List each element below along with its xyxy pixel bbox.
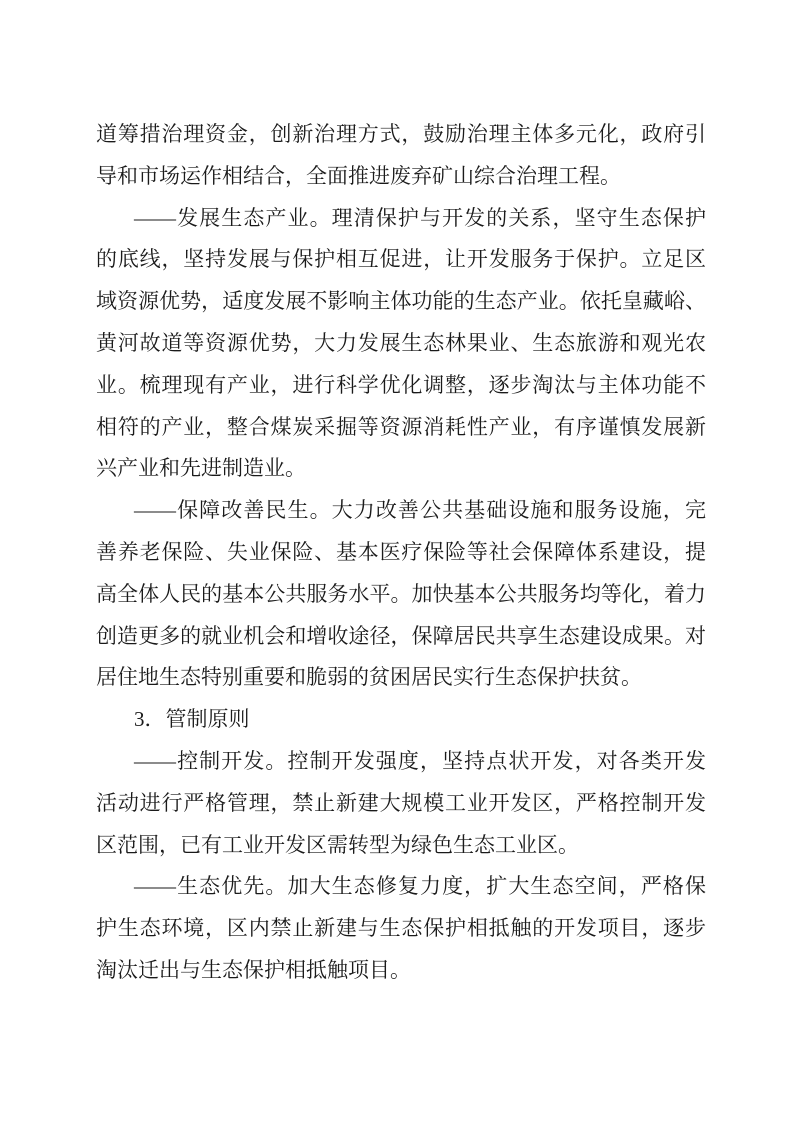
text-line-20: 护生态环境，区内禁止新建与生态保护相抵触的开发项目，逐步: [96, 908, 706, 950]
text-line-5: 域资源优势，适度发展不影响主体功能的生态产业。依托皇藏峪、: [96, 281, 706, 323]
text-line-9: 兴产业和先进制造业。: [96, 448, 706, 490]
text-line-18: 区范围，已有工业开发区需转型为绿色生态工业区。: [96, 825, 706, 867]
text-line-19: ——生态优先。加大生态修复力度，扩大生态空间，严格保: [96, 866, 706, 908]
text-line-8: 相符的产业，整合煤炭采掘等资源消耗性产业，有序谨慎发展新: [96, 407, 706, 449]
text-line-12: 高全体人民的基本公共服务水平。加快基本公共服务均等化，着力: [96, 574, 706, 616]
text-line-16: ——控制开发。控制开发强度，坚持点状开发，对各类开发: [96, 741, 706, 783]
text-line-14: 居住地生态特别重要和脆弱的贫困居民实行生态保护扶贫。: [96, 657, 706, 699]
text-line-17: 活动进行严格管理，禁止新建大规模工业开发区，严格控制开发: [96, 783, 706, 825]
text-line-4: 的底线，坚持发展与保护相互促进，让开发服务于保护。立足区: [96, 239, 706, 281]
text-line-6: 黄河故道等资源优势，大力发展生态林果业、生态旅游和观光农: [96, 323, 706, 365]
text-line-21: 淘汰迁出与生态保护相抵触项目。: [96, 950, 706, 992]
section-heading: 3．管制原则: [96, 699, 706, 741]
text-line-11: 善养老保险、失业保险、基本医疗保险等社会保障体系建设，提: [96, 532, 706, 574]
document-page: 道筹措治理资金，创新治理方式，鼓励治理主体多元化，政府引 导和市场运作相结合，全…: [0, 0, 793, 1122]
text-line-3: ——发展生态产业。理清保护与开发的关系，坚守生态保护: [96, 198, 706, 240]
text-line-7: 业。梳理现有产业，进行科学优化调整，逐步淘汰与主体功能不: [96, 365, 706, 407]
text-line-1: 道筹措治理资金，创新治理方式，鼓励治理主体多元化，政府引: [96, 114, 706, 156]
text-line-10: ——保障改善民生。大力改善公共基础设施和服务设施，完: [96, 490, 706, 532]
text-line-13: 创造更多的就业机会和增收途径，保障居民共享生态建设成果。对: [96, 616, 706, 658]
text-block: 道筹措治理资金，创新治理方式，鼓励治理主体多元化，政府引 导和市场运作相结合，全…: [96, 114, 706, 992]
text-line-2: 导和市场运作相结合，全面推进废弃矿山综合治理工程。: [96, 156, 706, 198]
